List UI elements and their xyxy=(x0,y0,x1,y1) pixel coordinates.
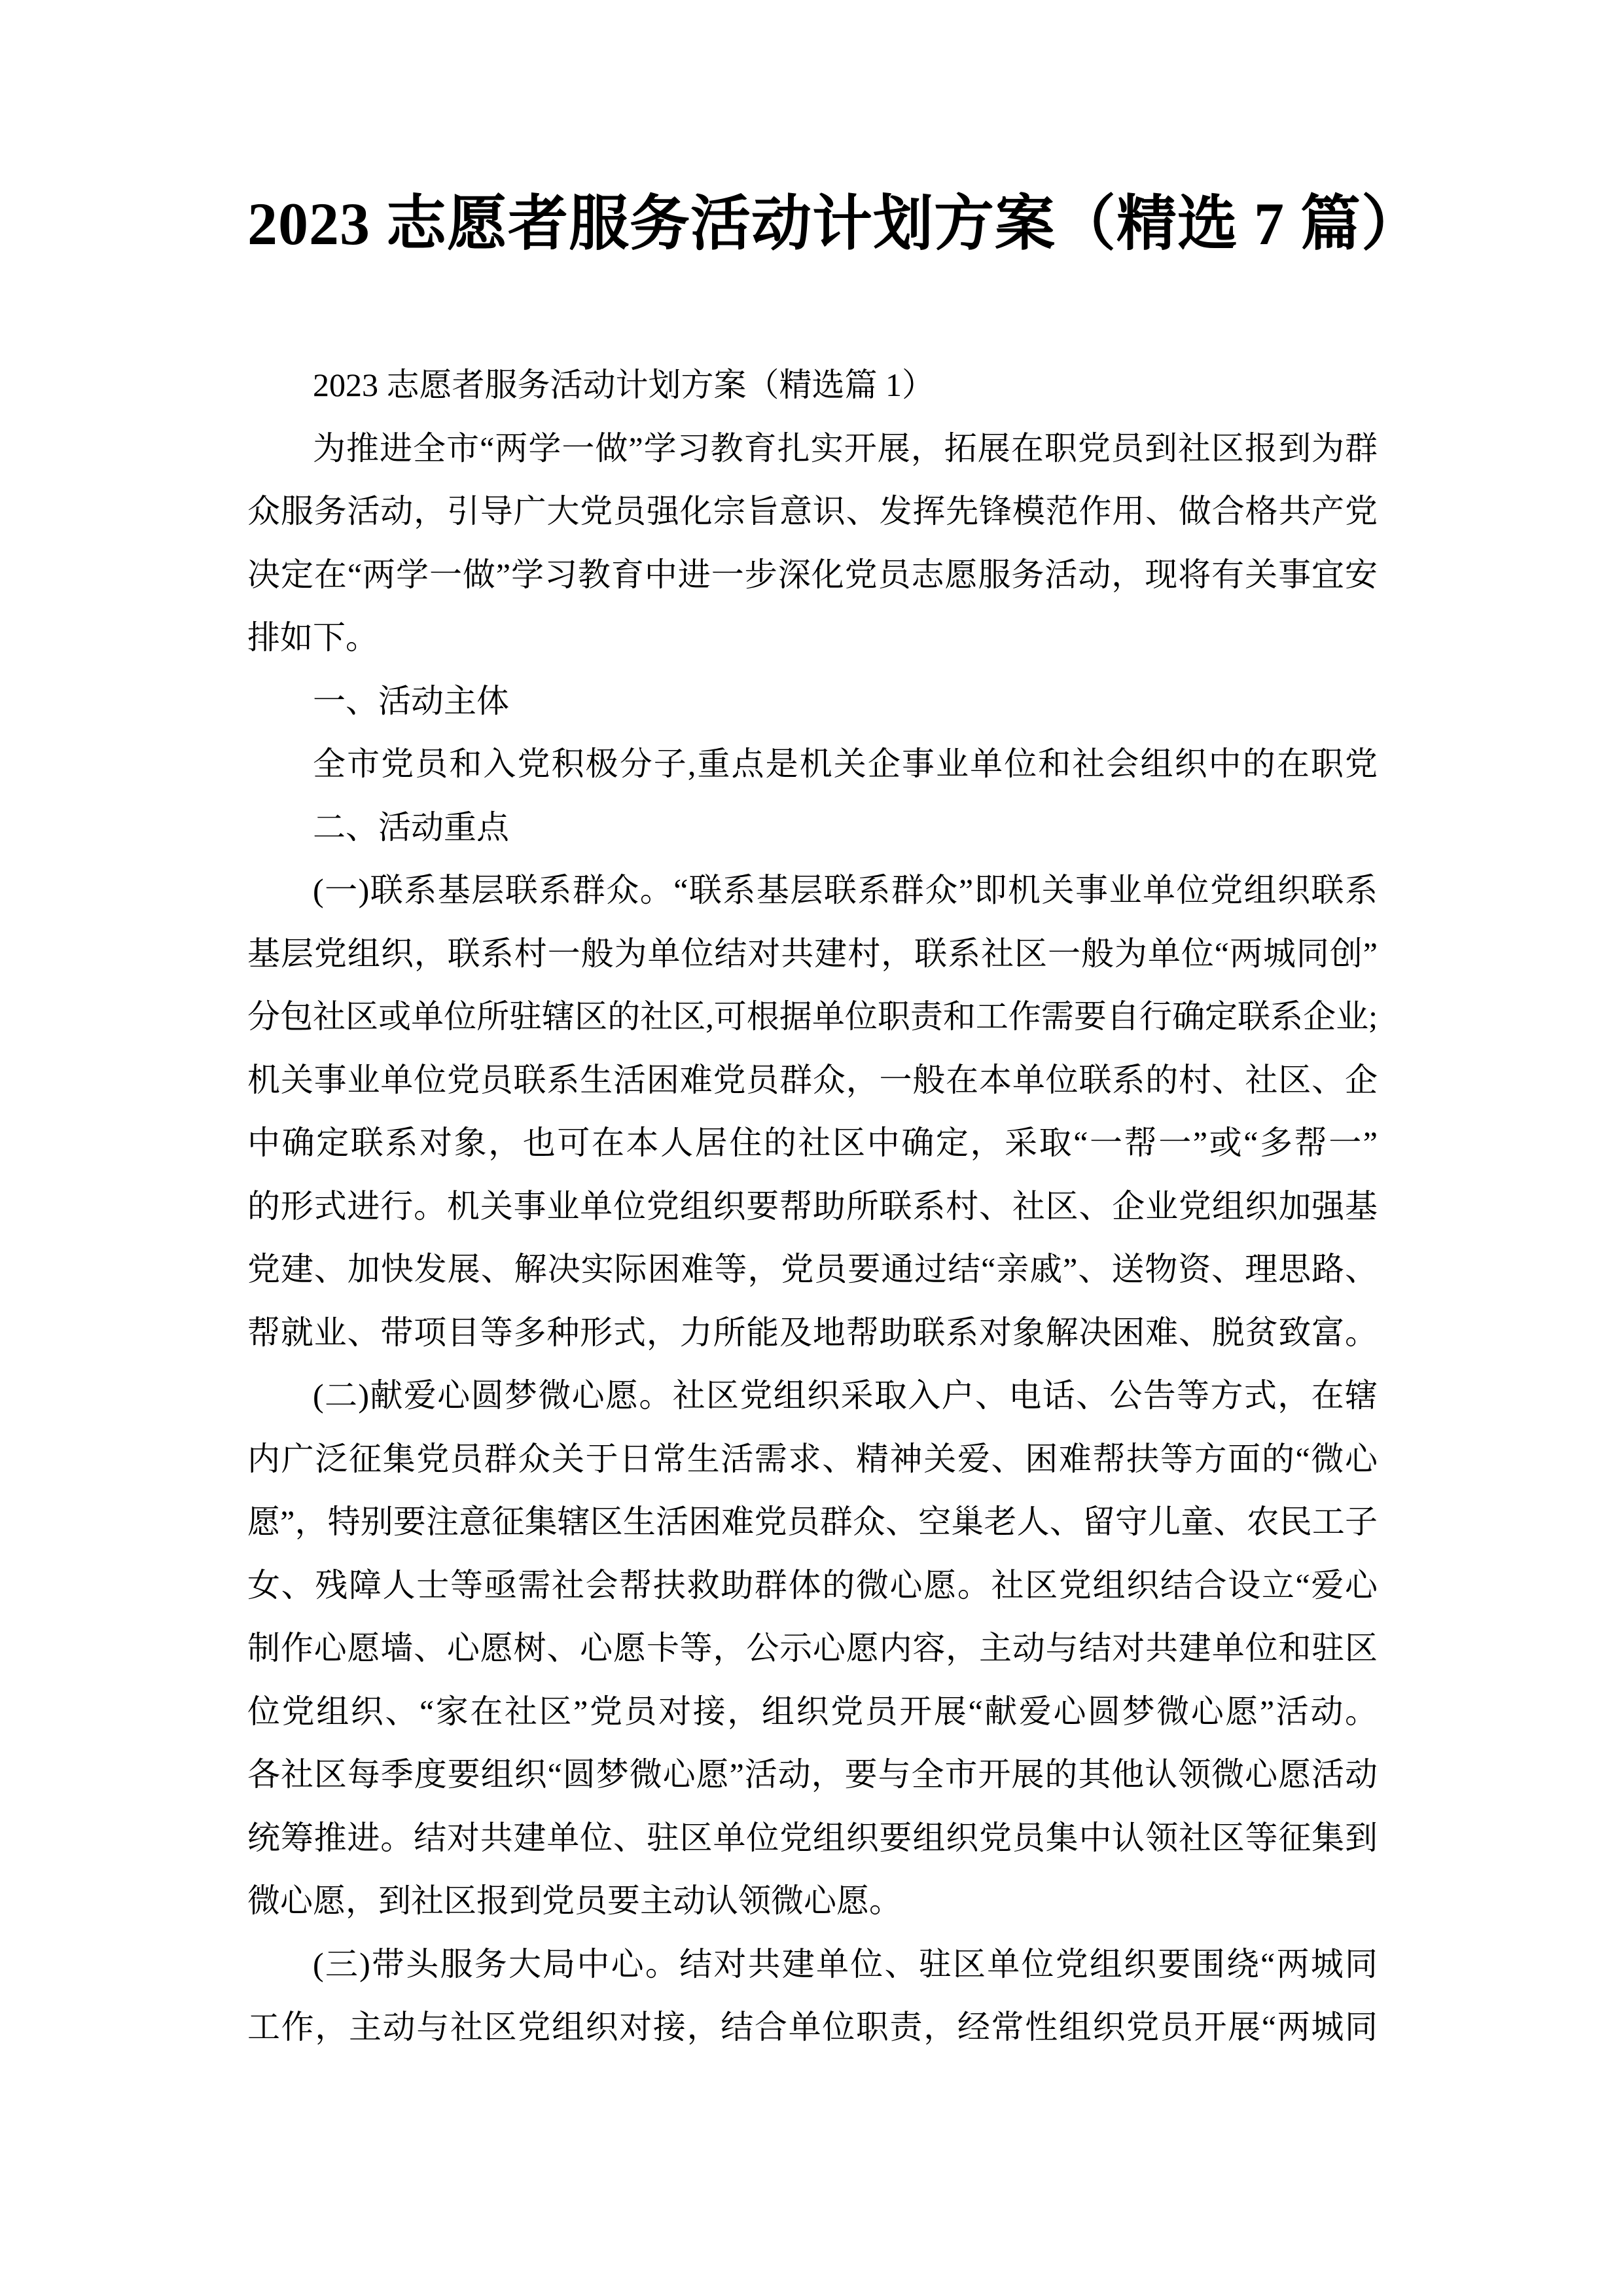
text-line: 机关事业单位党员联系生活困难党员群众，一般在本单位联系的村、社区、企业 xyxy=(247,1049,1378,1112)
text-line: 微心愿，到社区报到党员要主动认领微心愿。 xyxy=(247,1869,1378,1933)
text-line: 女、残障人士等亟需社会帮扶救助群体的微心愿。社区党组织结合设立“爱心墙” xyxy=(247,1554,1378,1617)
text-line: 全市党员和入党积极分子,重点是机关企事业单位和社会组织中的在职党员。 xyxy=(247,732,1378,796)
text-line: 一、活动主体 xyxy=(247,670,1378,733)
text-line: 制作心愿墙、心愿树、心愿卡等，公示心愿内容，主动与结对共建单位和驻区单 xyxy=(247,1617,1378,1680)
text-line: 工作，主动与社区党组织对接，结合单位职责，经常性组织党员开展“两城同创” xyxy=(247,1996,1378,2059)
text-line: 统筹推进。结对共建单位、驻区单位党组织要组织党员集中认领社区等征集到的 xyxy=(247,1806,1378,1870)
text-line: (二)献爱心圆梦微心愿。社区党组织采取入户、电话、公告等方式，在辖区 xyxy=(247,1364,1378,1427)
text-line: 中确定联系对象，也可在本人居住的社区中确定，采取“一帮一”或“多帮一” xyxy=(247,1111,1378,1175)
text-line: 二、活动重点 xyxy=(247,796,1378,859)
text-line: 内广泛征集党员群众关于日常生活需求、精神关爱、困难帮扶等方面的“微心 xyxy=(247,1427,1378,1491)
text-line: 决定在“两学一做”学习教育中进一步深化党员志愿服务活动，现将有关事宜安 xyxy=(247,543,1378,607)
document-body: 2023 志愿者服务活动计划方案（精选篇 1） 为推进全市“两学一做”学习教育扎… xyxy=(247,353,1378,2059)
text-line: 2023 志愿者服务活动计划方案（精选篇 1） xyxy=(247,353,1378,417)
text-line: 愿”，特别要注意征集辖区生活困难党员群众、空巢老人、留守儿童、农民工子 xyxy=(247,1490,1378,1554)
text-line: 分包社区或单位所驻辖区的社区,可根据单位职责和工作需要自行确定联系企业; xyxy=(247,985,1378,1049)
text-line: 帮就业、带项目等多种形式，力所能及地帮助联系对象解决困难、脱贫致富。 xyxy=(247,1301,1378,1365)
text-line: 基层党组织，联系村一般为单位结对共建村，联系社区一般为单位“两城同创” xyxy=(247,922,1378,986)
text-line: (三)带头服务大局中心。结对共建单位、驻区单位党组织要围绕“两城同创” xyxy=(247,1933,1378,1996)
text-line: (一)联系基层联系群众。“联系基层联系群众”即机关事业单位党组织联系 xyxy=(247,859,1378,922)
text-line: 的形式进行。机关事业单位党组织要帮助所联系村、社区、企业党组织加强基层 xyxy=(247,1175,1378,1238)
text-line: 位党组织、“家在社区”党员对接，组织党员开展“献爱心圆梦微心愿”活动。 xyxy=(247,1680,1378,1744)
text-line: 为推进全市“两学一做”学习教育扎实开展，拓展在职党员到社区报到为群 xyxy=(247,417,1378,480)
text-line: 排如下。 xyxy=(247,606,1378,670)
text-line: 各社区每季度要组织“圆梦微心愿”活动，要与全市开展的其他认领微心愿活动 xyxy=(247,1743,1378,1806)
text-line: 众服务活动，引导广大党员强化宗旨意识、发挥先锋模范作用、做合格共产党员， xyxy=(247,480,1378,543)
document-page: 2023 志愿者服务活动计划方案（精选 7 篇） 2023 志愿者服务活动计划方… xyxy=(0,0,1623,2296)
text-line: 党建、加快发展、解决实际困难等，党员要通过结“亲戚”、送物资、理思路、 xyxy=(247,1238,1378,1301)
document-title: 2023 志愿者服务活动计划方案（精选 7 篇） xyxy=(247,185,1378,263)
